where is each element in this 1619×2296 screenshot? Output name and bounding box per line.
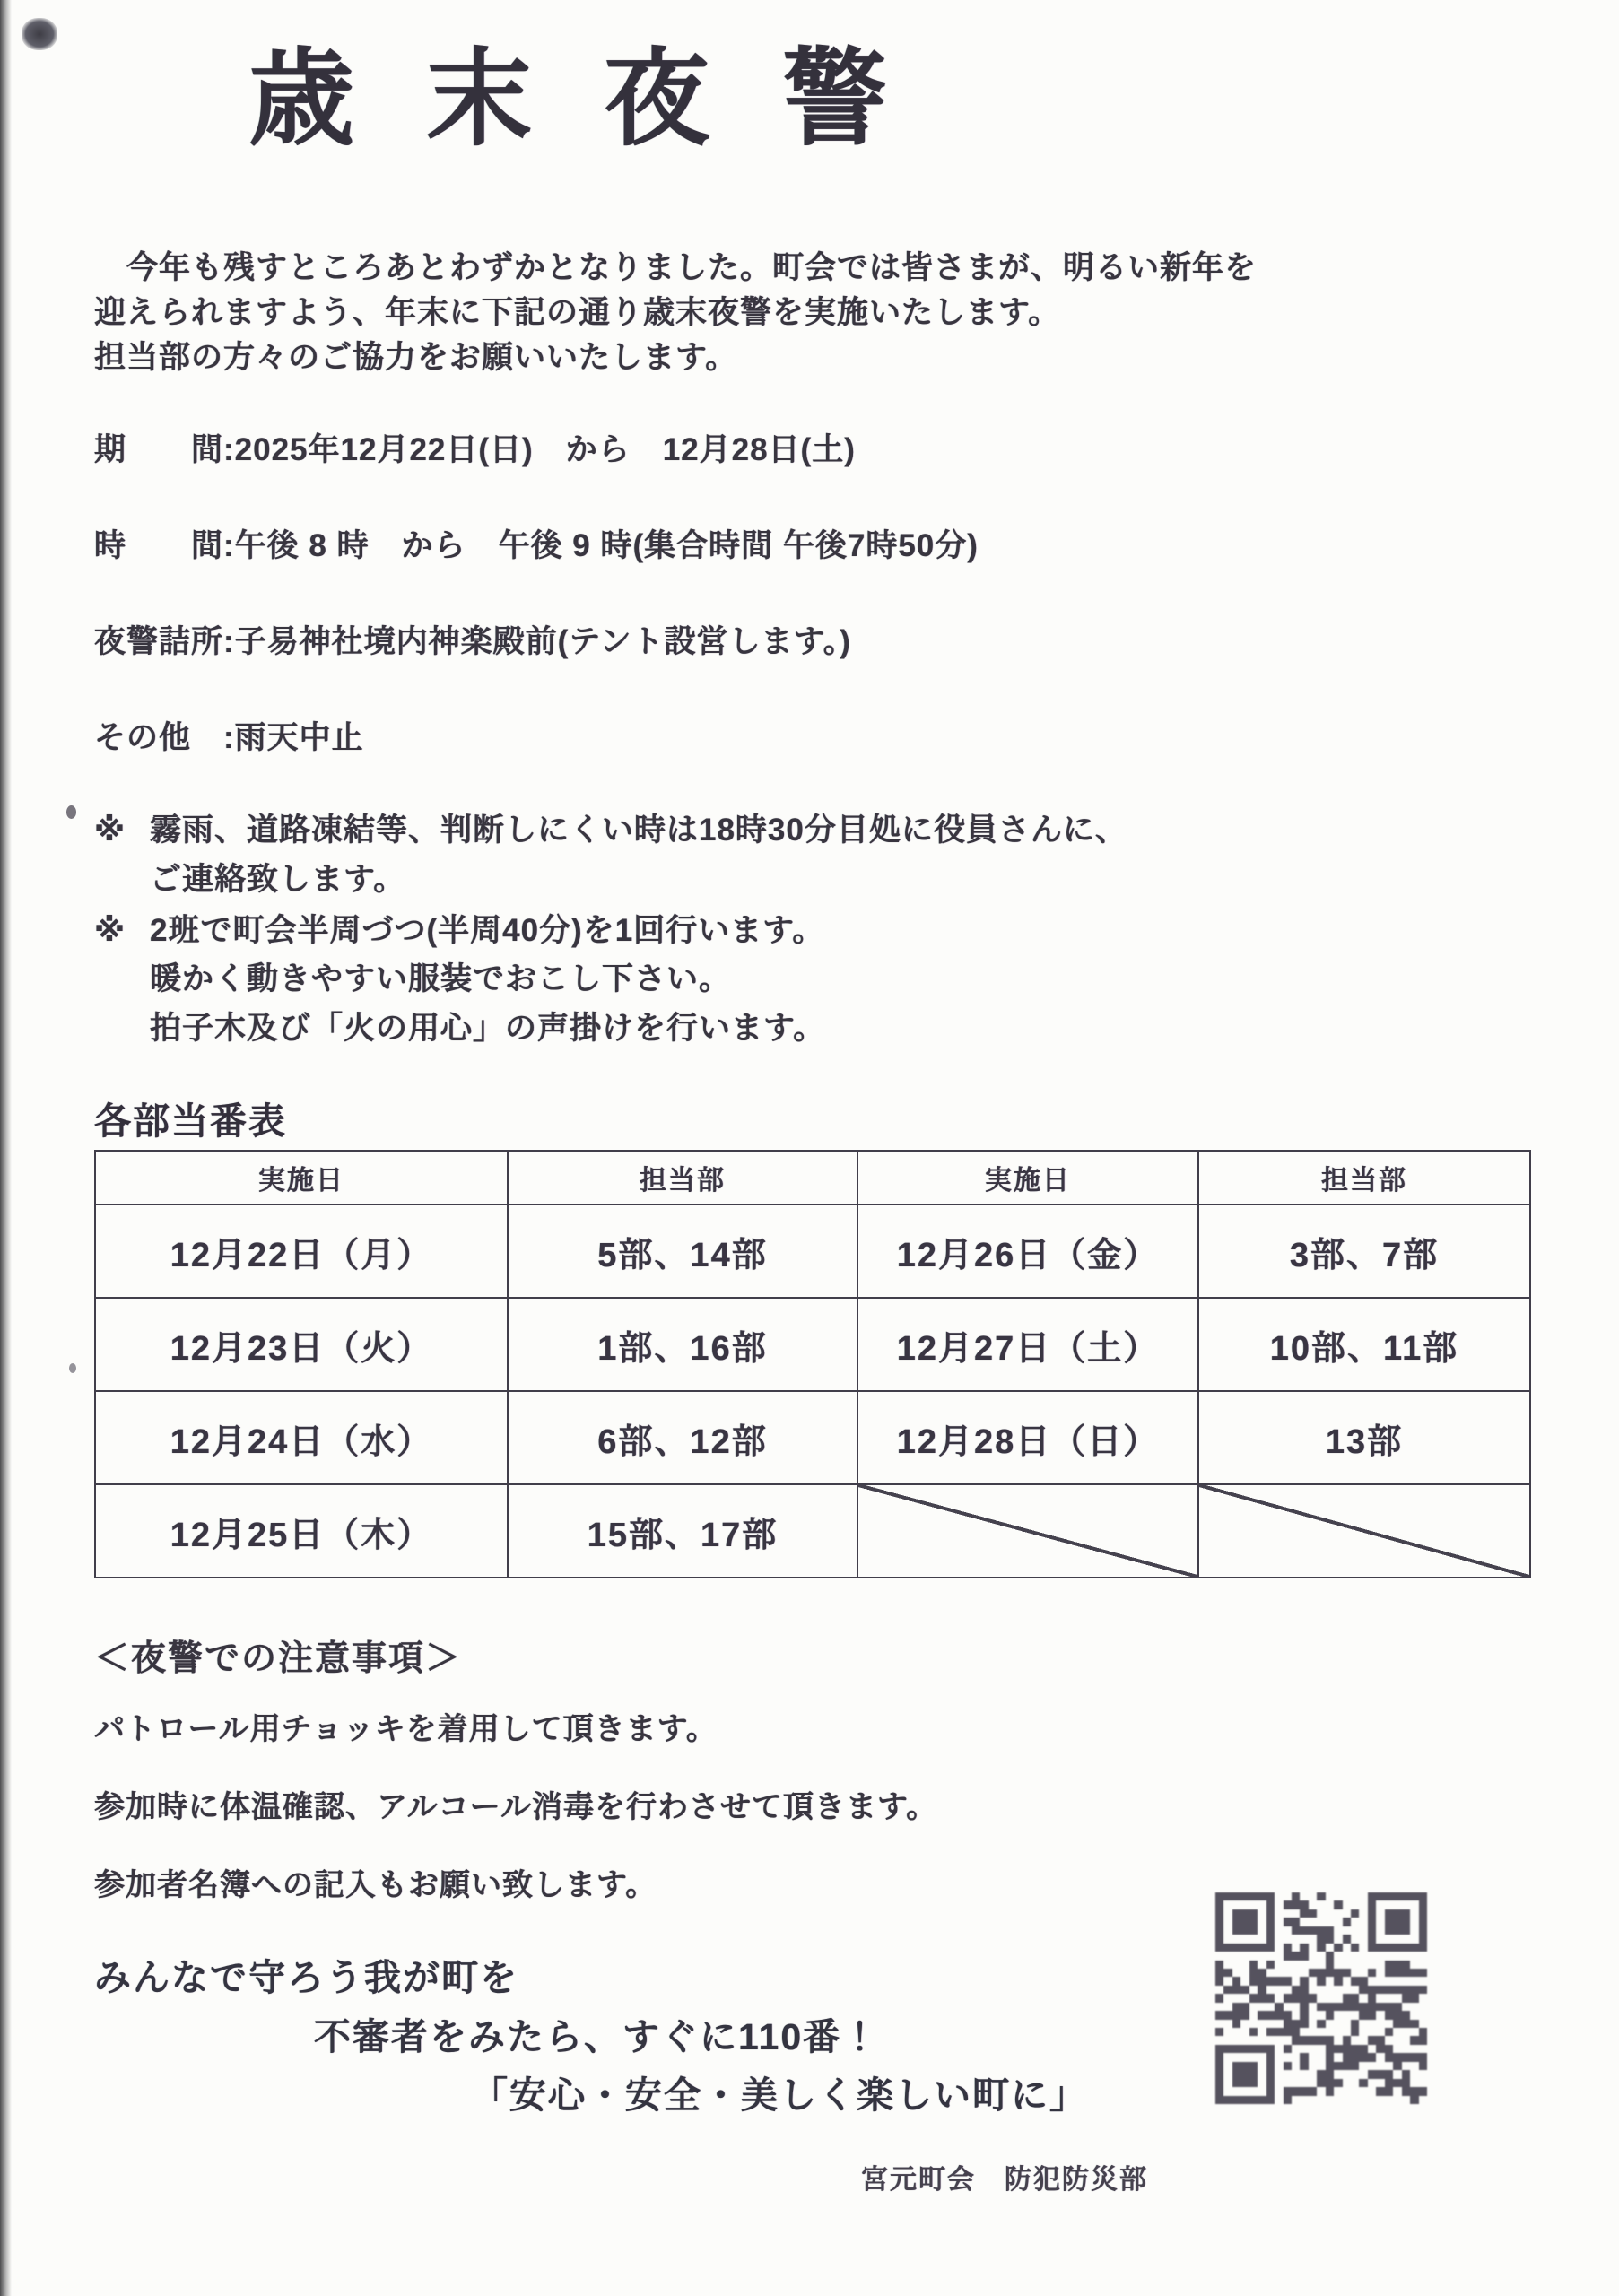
date-cell: 12月22日（月）: [95, 1205, 508, 1298]
date-cell: 12月28日（日）: [857, 1391, 1198, 1484]
date-cell: 12月23日（火）: [95, 1298, 508, 1391]
note-line: 2班で町会半周づつ(半周40分)を1回行います。: [150, 907, 825, 956]
column-header-group: 担当部: [1198, 1151, 1530, 1205]
group-cell: 13部: [1198, 1391, 1530, 1484]
table-row: 12月24日（水） 6部、12部 12月28日（日） 13部: [95, 1391, 1530, 1484]
duty-table: 実施日 担当部 実施日 担当部 12月22日（月） 5部、14部 12月26日（…: [94, 1150, 1531, 1578]
intro-line: 今年も残すところあとわずかとなりました。町会では皆さまが、明るい新年を: [94, 246, 1529, 291]
duty-table-heading: 各部当番表: [94, 1091, 1529, 1144]
station-line: 夜警詰所:子易神社境内神楽殿前(テント設営します。): [94, 617, 1529, 662]
other-line: その他 :雨天中止: [94, 713, 1529, 758]
column-header-date: 実施日: [857, 1151, 1198, 1205]
date-cell: 12月25日（木）: [95, 1484, 508, 1578]
duty-table-header-row: 実施日 担当部 実施日 担当部: [95, 1151, 1530, 1205]
group-cell: 3部、7部: [1198, 1205, 1530, 1298]
caution-item: 参加時に体温確認、アルコール消毒を行わさせて頂きます。: [94, 1782, 1529, 1826]
intro-paragraph: 今年も残すところあとわずかとなりました。町会では皆さまが、明るい新年を 迎えられ…: [94, 246, 1529, 380]
group-cell: 15部、17部: [508, 1484, 857, 1578]
intro-line: 迎えられますよう、年末に下記の通り歳末夜警を実施いたします。: [94, 291, 1529, 335]
note-line: ご連絡致します。: [150, 856, 1127, 905]
intro-line: 担当部の方々のご協力をお願いいたします。: [94, 335, 1529, 380]
note-marker: ※: [94, 806, 150, 905]
date-cell: 12月26日（金）: [857, 1205, 1198, 1298]
column-header-date: 実施日: [95, 1151, 508, 1205]
note-text: 2班で町会半周づつ(半周40分)を1回行います。 暖かく動きやすい服装でおこし下…: [150, 907, 825, 1055]
empty-cell-diagonal: [1198, 1484, 1530, 1578]
scan-corner-smudge: [22, 18, 57, 50]
scan-speck: [69, 1363, 76, 1373]
notes-section: ※ 霧雨、道路凍結等、判断しにくい時は18時30分目処に役員さんに、 ご連絡致し…: [94, 806, 1529, 1055]
organization-signature: 宮元町会 防犯防災部: [94, 2157, 1529, 2196]
group-cell: 6部、12部: [508, 1391, 857, 1484]
cautions-heading: ＜夜警での注意事項＞: [94, 1631, 1529, 1681]
group-cell: 1部、16部: [508, 1298, 857, 1391]
date-cell: 12月27日（土）: [857, 1298, 1198, 1391]
table-row: 12月22日（月） 5部、14部 12月26日（金） 3部、7部: [95, 1205, 1530, 1298]
column-header-group: 担当部: [508, 1151, 857, 1205]
period-line: 期 間:2025年12月22日(日) から 12月28日(土): [94, 425, 1529, 470]
note-line: 暖かく動きやすい服装でおこし下さい。: [150, 955, 825, 1004]
qr-code: [1215, 1892, 1427, 2104]
table-row: 12月23日（火） 1部、16部 12月27日（土） 10部、11部: [95, 1298, 1530, 1391]
date-cell: 12月24日（水）: [95, 1391, 508, 1484]
scan-edge-shadow: [0, 0, 12, 2296]
note-line: 霧雨、道路凍結等、判断しにくい時は18時30分目処に役員さんに、: [150, 806, 1127, 856]
table-row: 12月25日（木） 15部、17部: [95, 1484, 1530, 1578]
event-info-list: 期 間:2025年12月22日(日) から 12月28日(土) 時 間:午後 8…: [94, 425, 1529, 758]
note-line: 拍子木及び「火の用心」の声掛けを行います。: [150, 1004, 825, 1054]
note-marker: ※: [94, 907, 150, 1055]
page-title: 歳末夜警: [94, 34, 1529, 167]
note-item: ※ 霧雨、道路凍結等、判断しにくい時は18時30分目処に役員さんに、 ご連絡致し…: [94, 806, 1529, 905]
empty-cell-diagonal: [857, 1484, 1198, 1578]
scanned-flyer-page: 歳末夜警 今年も残すところあとわずかとなりました。町会では皆さまが、明るい新年を…: [0, 0, 1619, 2296]
time-line: 時 間:午後 8 時 から 午後 9 時(集合時間 午後7時50分): [94, 521, 1529, 566]
scan-speck: [66, 805, 76, 819]
group-cell: 10部、11部: [1198, 1298, 1530, 1391]
group-cell: 5部、14部: [508, 1205, 857, 1298]
note-text: 霧雨、道路凍結等、判断しにくい時は18時30分目処に役員さんに、 ご連絡致します…: [150, 806, 1127, 905]
caution-item: パトロール用チョッキを着用して頂きます。: [94, 1704, 1529, 1748]
note-item: ※ 2班で町会半周づつ(半周40分)を1回行います。 暖かく動きやすい服装でおこ…: [94, 907, 1529, 1055]
